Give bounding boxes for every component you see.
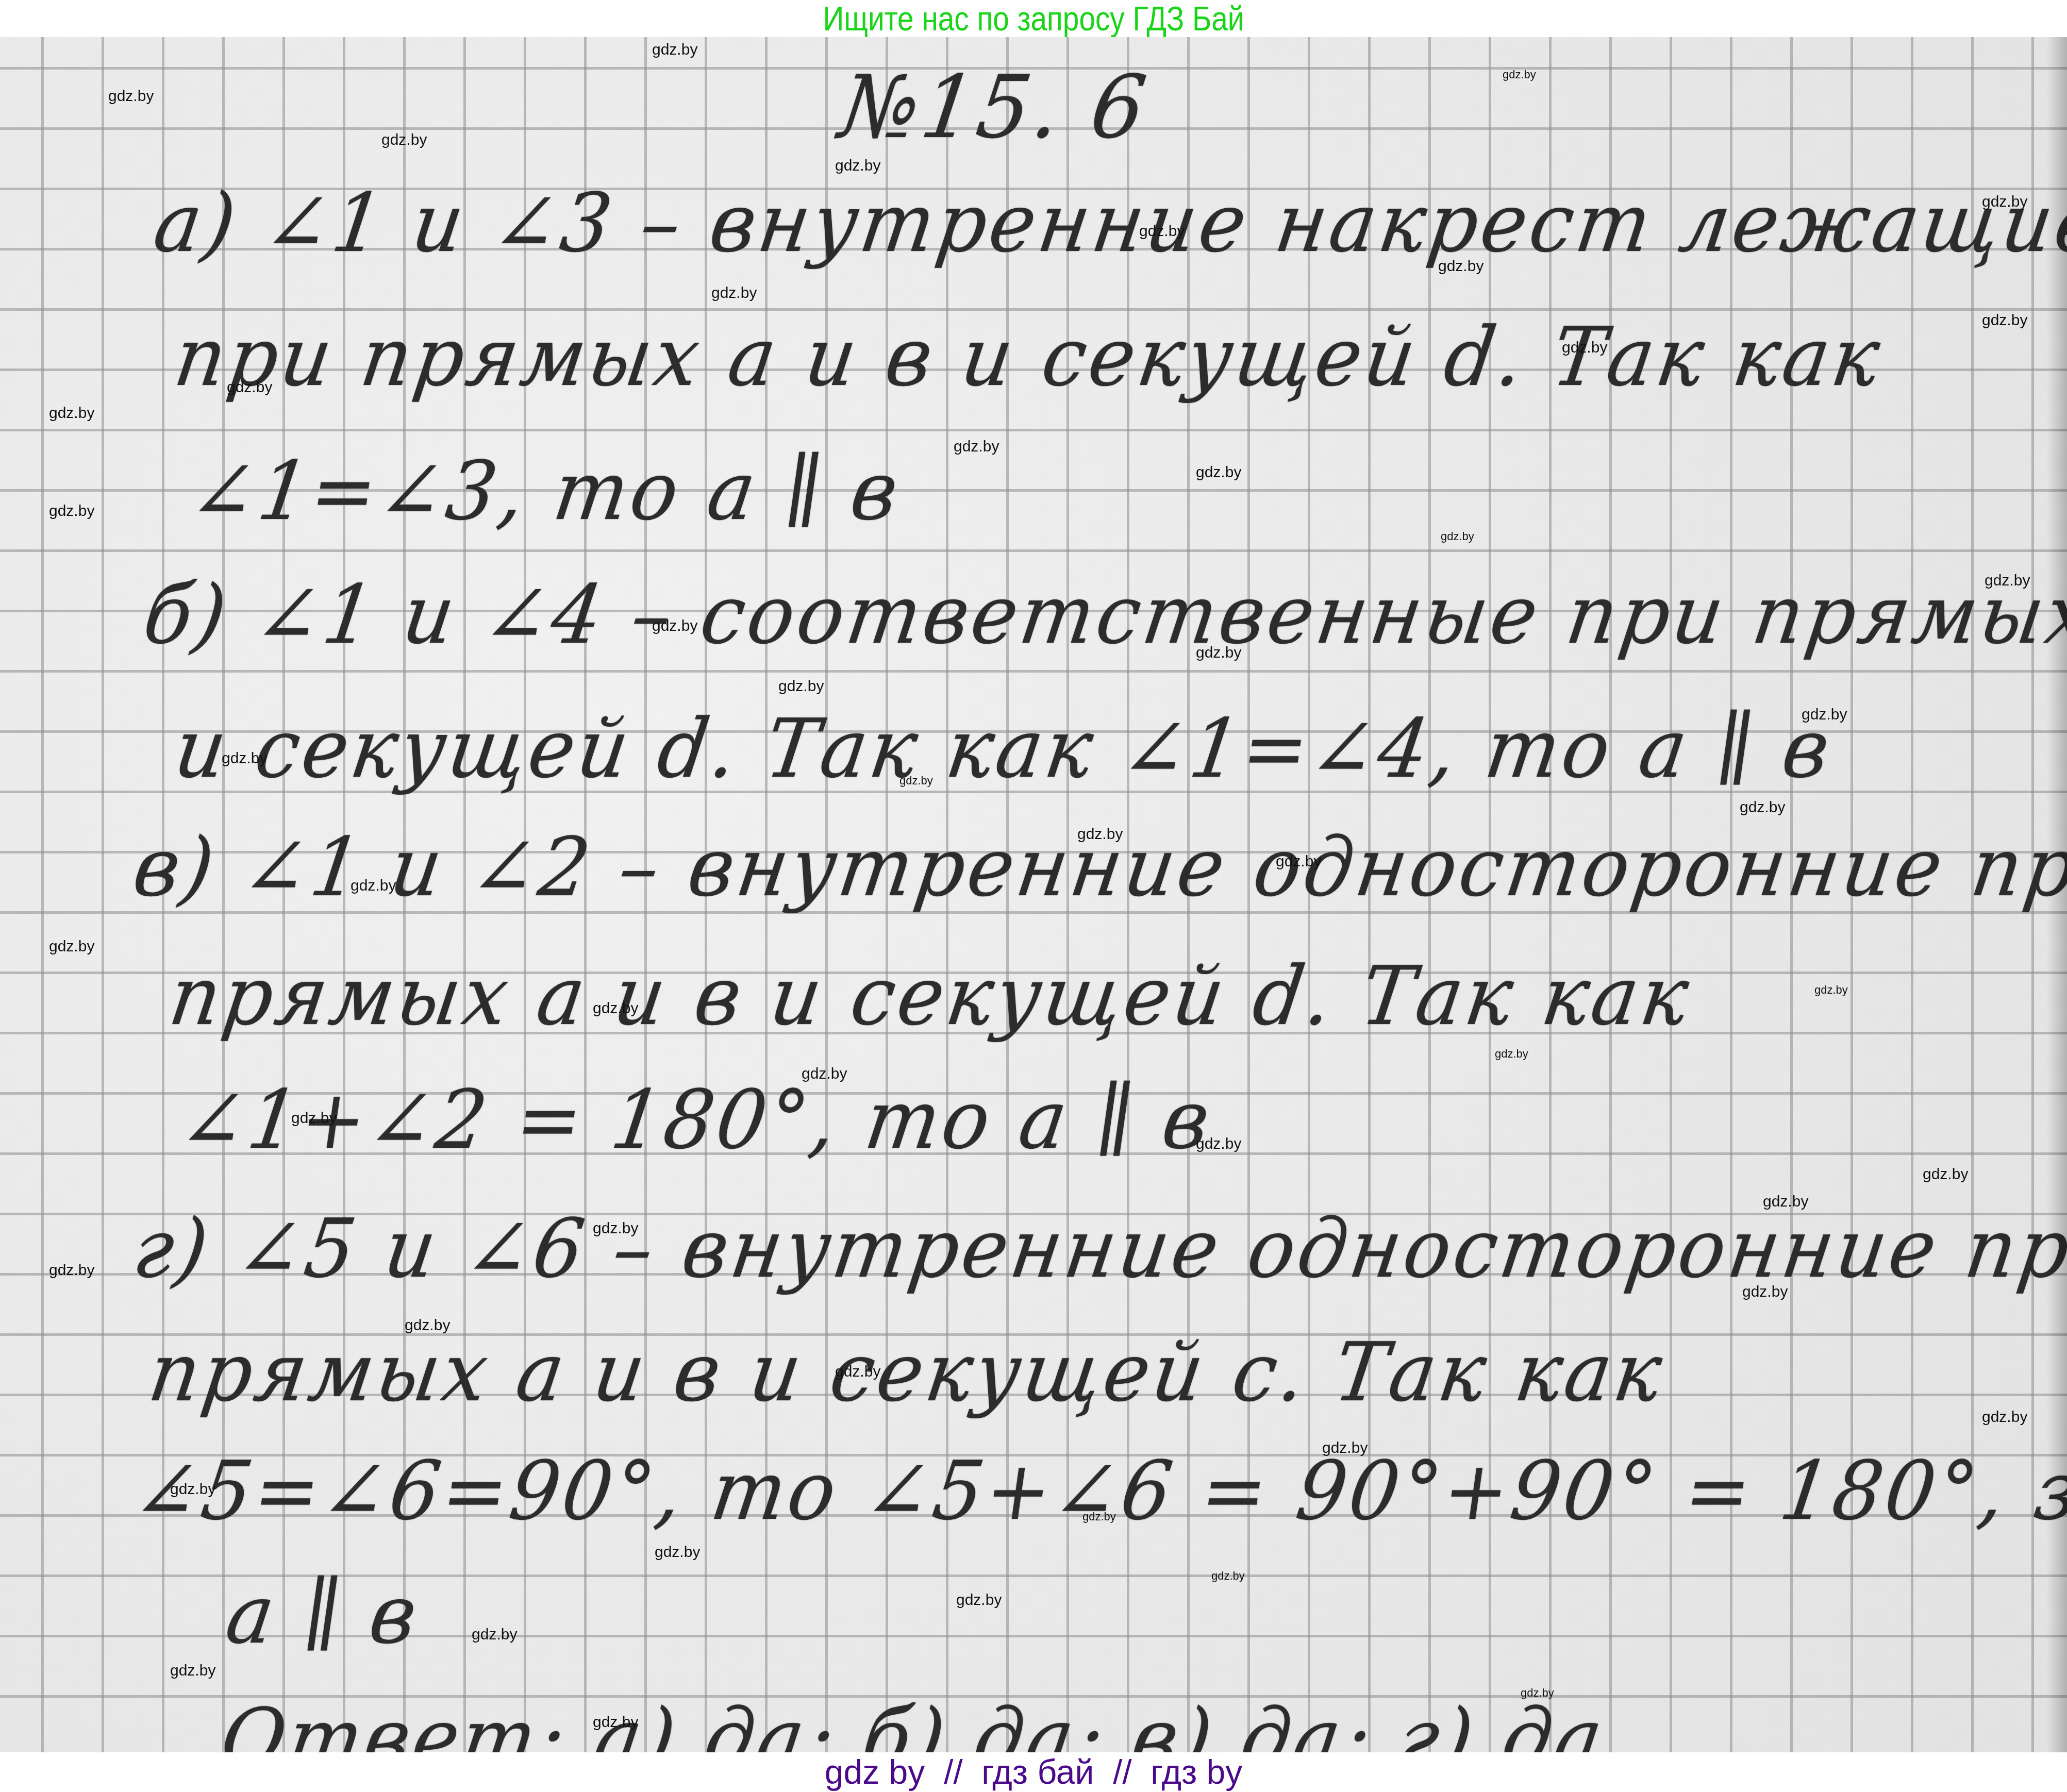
watermark: gdz.by — [1740, 800, 1785, 815]
watermark: gdz.by — [652, 618, 697, 634]
watermark: gdz.by — [170, 1663, 215, 1679]
watermark: gdz.by — [1196, 465, 1241, 480]
watermark: gdz.by — [1211, 1570, 1245, 1582]
watermark: gdz.by — [1276, 854, 1321, 869]
watermark: gdz.by — [381, 132, 427, 148]
watermark: gdz.by — [1982, 313, 2027, 328]
watermark: gdz.by — [1077, 827, 1123, 842]
top-banner: Ищите нас по запросу ГДЗ Бай — [0, 0, 2067, 37]
watermark: gdz.by — [593, 1221, 638, 1236]
solution-line: г) ∠5 и ∠6 – внутренние односторонние пр… — [129, 1209, 2067, 1290]
watermark: gdz.by — [1982, 1410, 2027, 1425]
watermark: gdz.by — [593, 1715, 638, 1730]
watermark: gdz.by — [1139, 224, 1185, 239]
watermark: gdz.by — [49, 406, 94, 421]
watermark: gdz.by — [1562, 340, 1607, 356]
watermark: gdz.by — [49, 1263, 94, 1278]
watermark: gdz.by — [170, 1482, 215, 1497]
watermark: gdz.by — [1763, 1194, 1808, 1210]
solution-line: б) ∠1 и ∠4 – соответственные при прямых … — [139, 575, 2067, 656]
watermark: gdz.by — [1982, 194, 2027, 210]
watermark: gdz.by — [351, 878, 396, 894]
watermark: gdz.by — [835, 1364, 880, 1380]
bottom-banner-text: gdz by // гдз бай // гдз by — [825, 1752, 1243, 1792]
watermark: gdz.by — [1503, 69, 1536, 80]
watermark: gdz.by — [1985, 573, 2030, 589]
watermark: gdz.by — [835, 158, 880, 174]
watermark: gdz.by — [1082, 1511, 1116, 1522]
watermark: gdz.by — [291, 1111, 337, 1126]
watermark: gdz.by — [1742, 1284, 1788, 1300]
solution-line: прямых a и в и секущей c. Так как — [144, 1332, 1670, 1414]
watermark: gdz.by — [1495, 1048, 1528, 1060]
watermark: gdz.by — [652, 42, 697, 58]
bottom-banner: gdz by // гдз бай // гдз by — [0, 1752, 2067, 1792]
solution-line: ∠1=∠3, то a ∥ в — [186, 451, 906, 532]
watermark: gdz.by — [655, 1545, 700, 1560]
top-banner-text: Ищите нас по запросу ГДЗ Бай — [823, 0, 1244, 37]
watermark: gdz.by — [954, 439, 999, 455]
solution-line: а) ∠1 и ∠3 – внутренние накрест лежащие — [149, 183, 2067, 264]
watermark: gdz.by — [1196, 645, 1241, 661]
watermark: gdz.by — [1196, 1136, 1241, 1152]
watermark: gdz.by — [108, 89, 154, 104]
solution-line: и секущей d. Так как ∠1=∠4, то a ∥ в — [170, 709, 1837, 790]
watermark: gdz.by — [472, 1627, 517, 1643]
watermark: gdz.by — [956, 1593, 1002, 1608]
watermark: gdz.by — [1322, 1441, 1368, 1456]
solution-line: прямых a и в и секущей d. Так как — [165, 956, 1696, 1037]
problem-number: №15. 6 — [835, 64, 1154, 150]
watermark: gdz.by — [1923, 1167, 1968, 1182]
watermark: gdz.by — [711, 286, 757, 301]
answer-line: Ответ: а) да; б) да; в) да; г) да. — [216, 1698, 1638, 1753]
watermark: gdz.by — [1521, 1687, 1554, 1699]
watermark: gdz.by — [1438, 259, 1483, 274]
watermark: gdz.by — [405, 1318, 450, 1333]
watermark: gdz.by — [899, 775, 933, 786]
watermark: gdz.by — [802, 1066, 847, 1082]
watermark: gdz.by — [593, 1001, 638, 1016]
watermark: gdz.by — [49, 939, 94, 954]
watermark: gdz.by — [49, 504, 94, 519]
watermark: gdz.by — [1441, 531, 1474, 542]
watermark: gdz.by — [1814, 984, 1848, 996]
solution-line: a ∥ в — [222, 1575, 425, 1656]
watermark: gdz.by — [222, 751, 267, 766]
solution-line: при прямых a и в и секущей d. Так как — [170, 317, 1888, 398]
watermark: gdz.by — [778, 679, 824, 694]
watermark: gdz.by — [227, 380, 272, 395]
notebook-page: №15. 6 а) ∠1 и ∠3 – внутренние накрест л… — [0, 37, 2067, 1752]
watermark: gdz.by — [1802, 707, 1847, 723]
